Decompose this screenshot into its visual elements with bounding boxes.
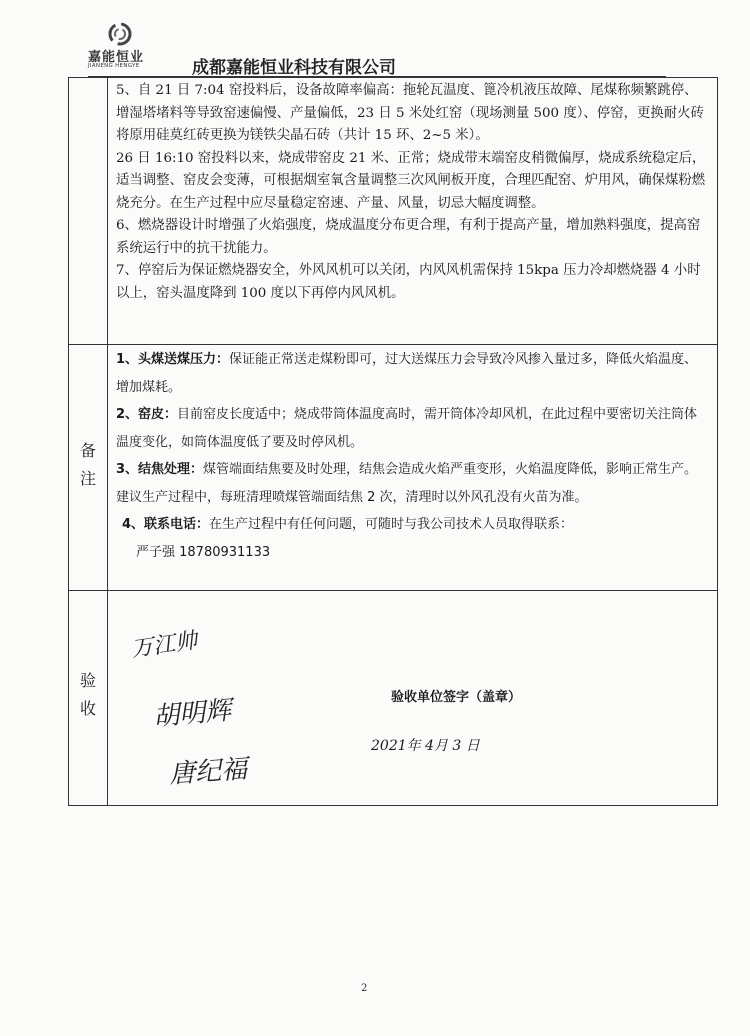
note-text: 目前窑皮长度适中；烧成带筒体温度高时，需开筒体冷却风机，在此过程中要密切关注筒体… [116, 407, 697, 450]
process-item-5: 5、自 21 日 7:04 窑投料后，设备故障率偏高：拖轮瓦温度、篦冷机液压故障… [116, 80, 709, 148]
note-text: 在生产过程中有任何问题，可随时与我公司技术人员取得联系： [209, 517, 573, 532]
notes-label-char-2: 注 [69, 465, 107, 493]
handwritten-signature-2: 胡明辉 [152, 690, 233, 734]
note-item: 3、结焦处理：煤管端面结焦要及时处理，结焦会造成火焰严重变形，火焰温度降低，影响… [116, 456, 709, 511]
acceptance-date: 2021年 4月 3 日 [371, 735, 480, 755]
company-name: 成都嘉能恒业科技有限公司 [192, 53, 396, 78]
acceptance-label-char-2: 收 [69, 695, 107, 723]
swirl-logo-icon [108, 22, 132, 46]
note-title: 3、结焦处理： [116, 462, 203, 477]
note-title: 2、窑皮： [116, 407, 177, 422]
process-item-7: 7、停窑后为保证燃烧器安全，外风风机可以关闭，内风风机需保持 15kpa 压力冷… [116, 260, 709, 305]
notes-label-char-1: 备 [69, 437, 107, 465]
acceptance-label-char-1: 验 [69, 667, 107, 695]
process-item-6: 6、燃烧器设计时增强了火焰强度，烧成温度分布更合理，有利于提高产量，增加熟料强度… [116, 215, 709, 260]
note-item: 2、窑皮：目前窑皮长度适中；烧成带筒体温度高时，需开筒体冷却风机，在此过程中要密… [116, 401, 709, 456]
company-logo: 嘉能恒业 JIANENG HENGYE [88, 20, 150, 76]
handwritten-signature-1: 万江帅 [129, 624, 199, 664]
process-item-26: 26 日 16:10 窑投料以来，烧成带窑皮 21 米、正常；烧成带末端窑皮稍微… [116, 148, 709, 216]
handwritten-signature-3: 唐纪福 [168, 748, 248, 790]
logo-english-text: JIANENG HENGYE [88, 63, 139, 69]
row-divider-1 [69, 344, 717, 345]
acceptance-signature-caption: 验收单位签字（盖章） [391, 686, 521, 705]
report-table: 5、自 21 日 7:04 窑投料后，设备故障率偏高：拖轮瓦温度、篦冷机液压故障… [68, 77, 718, 806]
notes-label: 备 注 [69, 437, 107, 493]
contact-info: 严子强 18780931133 [116, 539, 709, 567]
note-item: 4、联系电话：在生产过程中有任何问题，可随时与我公司技术人员取得联系： [116, 511, 709, 539]
row-divider-2 [69, 590, 717, 591]
note-text: 煤管端面结焦要及时处理，结焦会造成火焰严重变形，火焰温度降低，影响正常生产。建议… [116, 462, 697, 505]
page-number: 2 [361, 983, 367, 994]
notes-section: 1、头煤送煤压力：保证能正常送走煤粉即可，过大送煤压力会导致冷风掺入量过多，降低… [116, 346, 709, 566]
note-item: 1、头煤送煤压力：保证能正常送走煤粉即可，过大送煤压力会导致冷风掺入量过多，降低… [116, 346, 709, 401]
acceptance-label: 验 收 [69, 667, 107, 723]
letterhead: 嘉能恒业 JIANENG HENGYE 成都嘉能恒业科技有限公司 [88, 20, 688, 78]
note-title: 1、头煤送煤压力： [116, 352, 229, 367]
label-column-divider [107, 78, 108, 805]
note-title: 4、联系电话： [122, 517, 209, 532]
process-section: 5、自 21 日 7:04 窑投料后，设备故障率偏高：拖轮瓦温度、篦冷机液压故障… [116, 80, 709, 305]
